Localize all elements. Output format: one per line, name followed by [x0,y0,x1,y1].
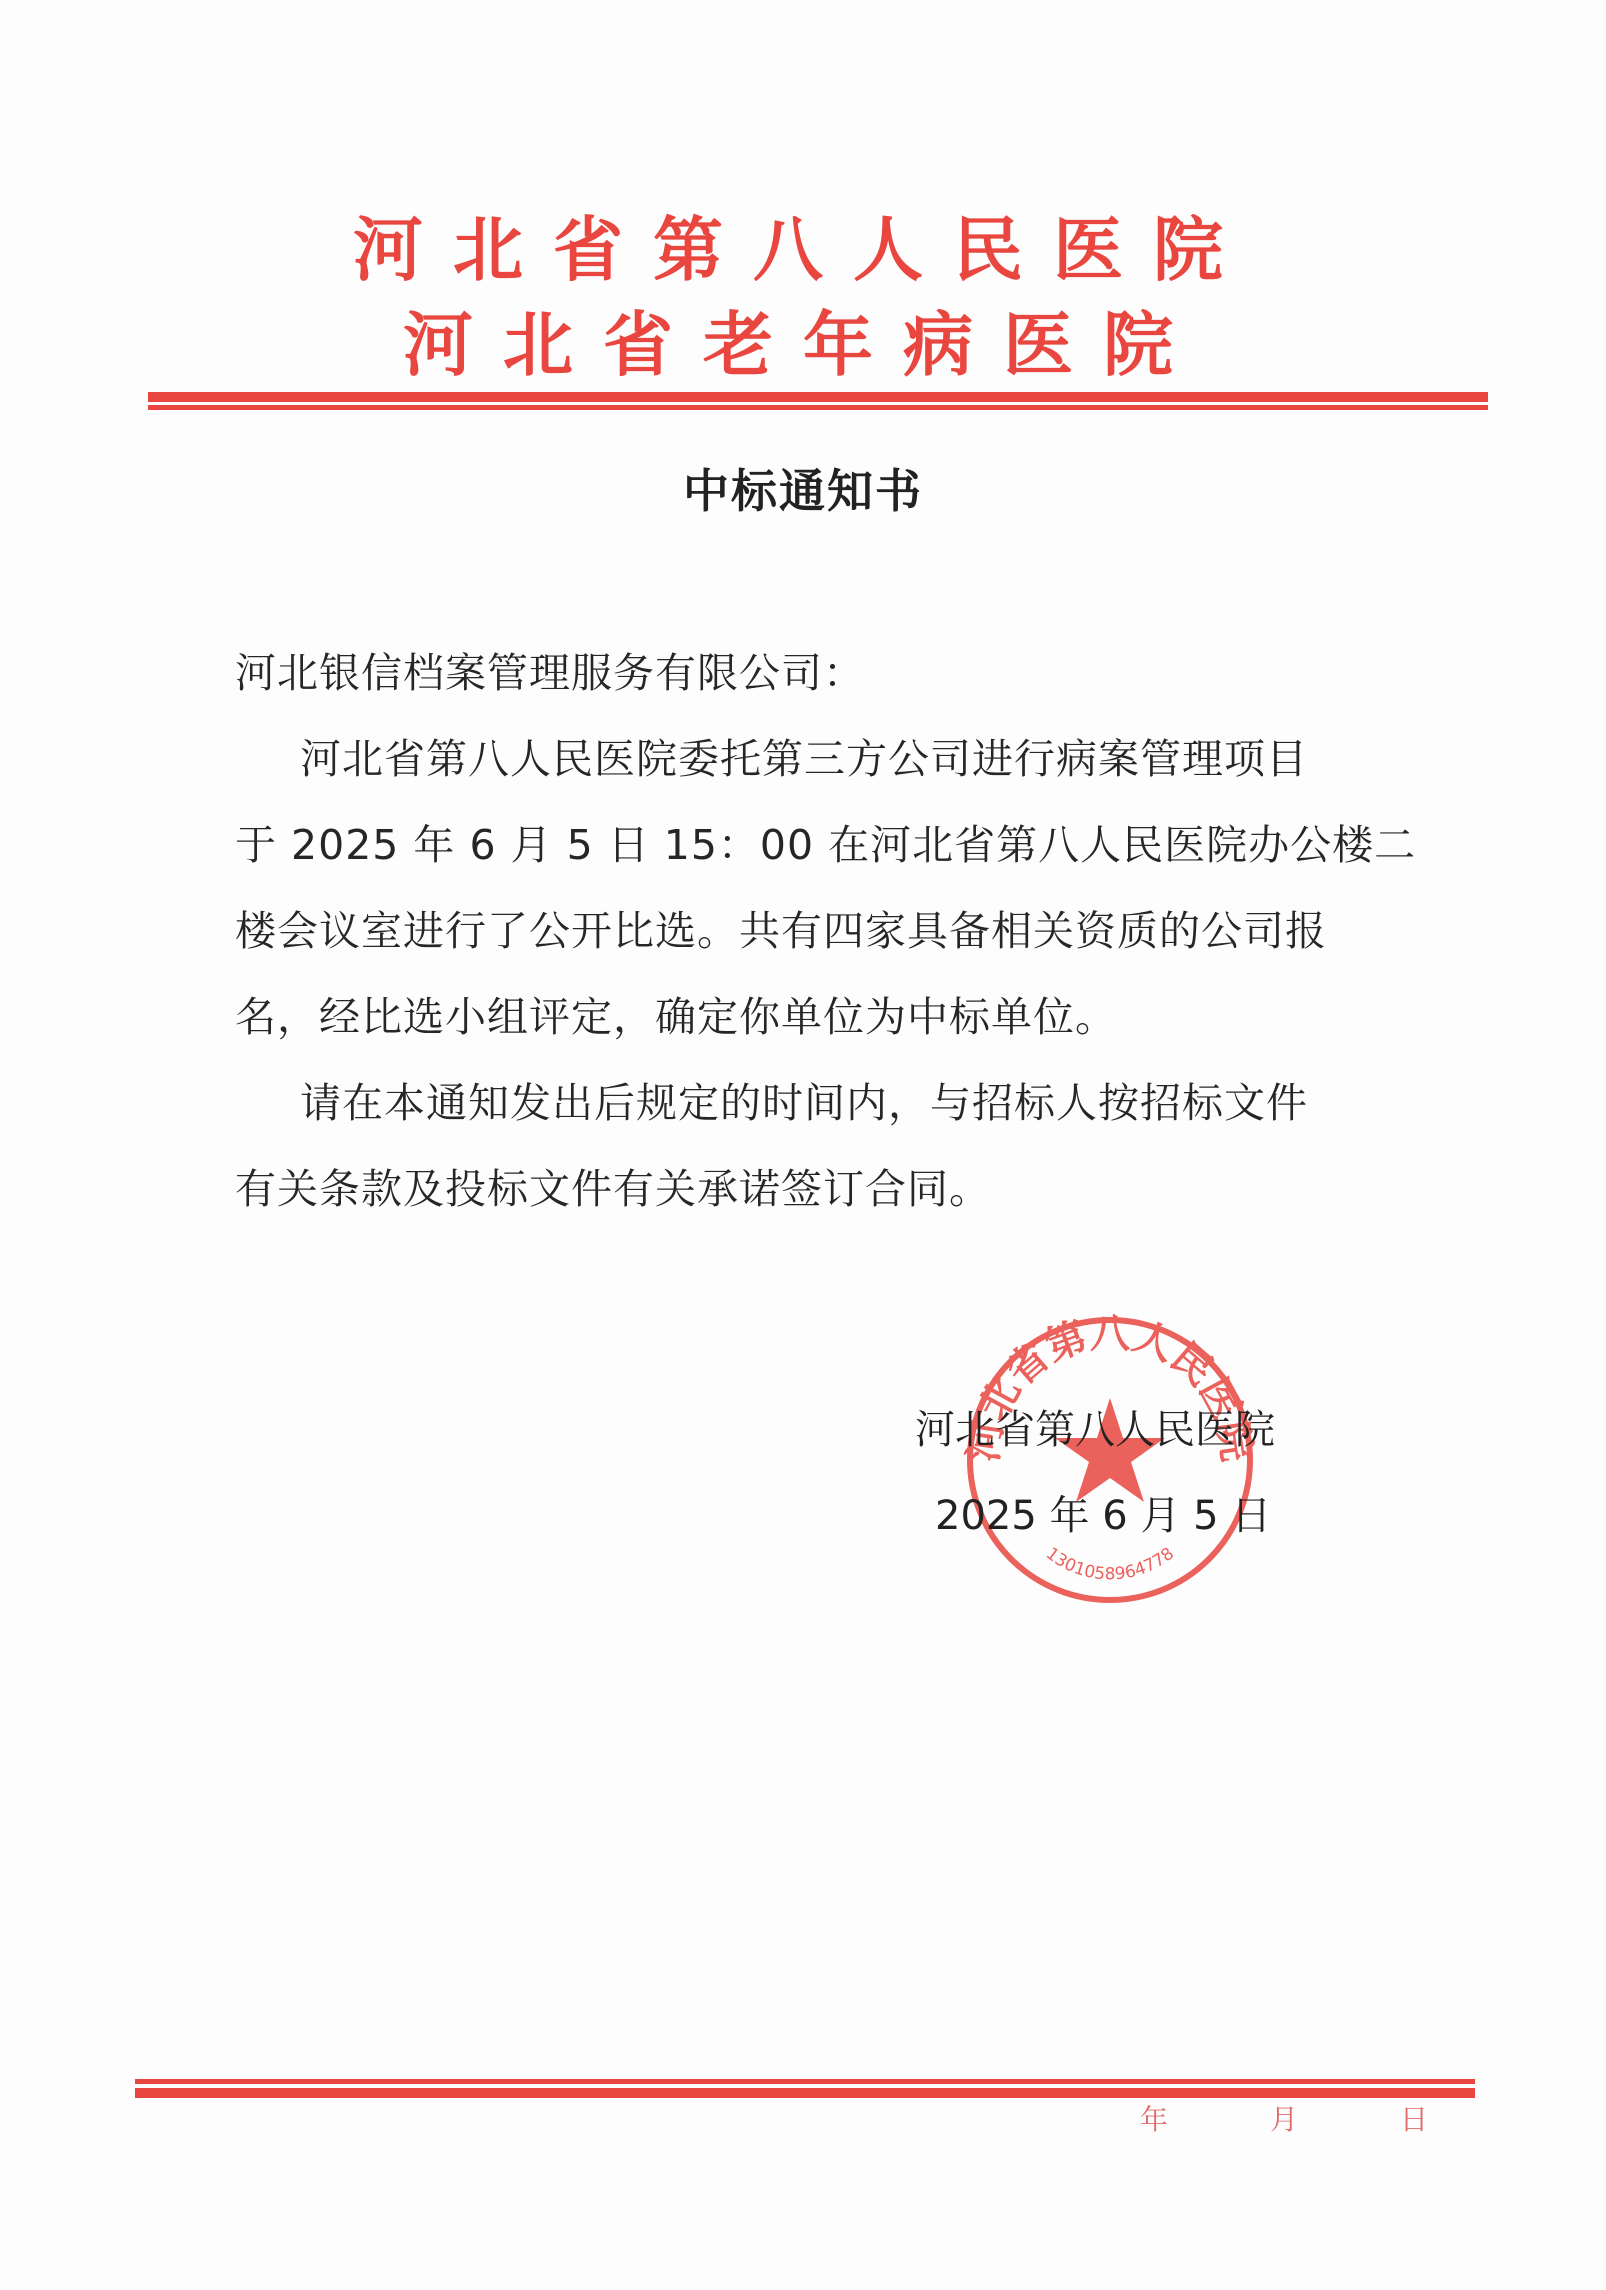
paragraph-1-line-4: 名，经比选小组评定，确定你单位为中标单位。 [235,981,1117,1053]
paragraph-1-line-3: 楼会议室进行了公开比选。共有四家具备相关资质的公司报 [235,895,1327,967]
recipient: 河北银信档案管理服务有限公司： [235,637,865,709]
signature-organization: 河北省第八人民医院 [915,1398,1275,1455]
footer-day-label: 日 [1400,2098,1428,2138]
header-rule-thick [148,392,1488,402]
footer-rule-thin [135,2079,1475,2084]
paragraph-1-line-2: 于 2025 年 6 月 5 日 15：00 在河北省第八人民医院办公楼二 [235,809,1416,881]
paragraph-2-line-2: 有关条款及投标文件有关承诺签订合同。 [235,1153,991,1225]
footer-month-label: 月 [1270,2098,1298,2138]
signature-date: 2025 年 6 月 5 日 [935,1484,1271,1541]
letterhead-hospital-alias: 河北省老年病医院 [0,305,1606,385]
seal-code: 1301058964778 [1042,1544,1178,1585]
footer-year-label: 年 [1140,2098,1168,2138]
letterhead-hospital-name: 河北省第八人民医院 [0,210,1606,290]
paragraph-2-line-1: 请在本通知发出后规定的时间内，与招标人按招标文件 [300,1067,1308,1139]
document-title: 中标通知书 [0,455,1606,521]
svg-text:1301058964778: 1301058964778 [1042,1544,1178,1585]
header-rule-thin [148,405,1488,410]
official-seal-stamp: 河北省第八人民医院 1301058964778 [960,1310,1260,1610]
paragraph-1-line-1: 河北省第八人民医院委托第三方公司进行病案管理项目 [300,723,1308,795]
footer-rule-thick [135,2088,1475,2098]
